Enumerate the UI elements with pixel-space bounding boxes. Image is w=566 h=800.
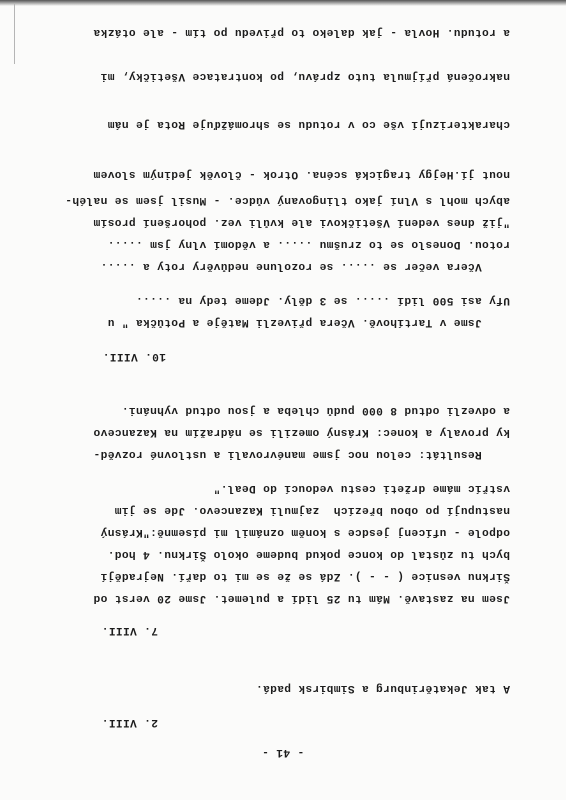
entry-10-viii-line-8: charakterizují vše co v rotudu se shromá…: [107, 118, 510, 130]
entry-7-viii-line-6: vstříc máme držeti cestu vedoucí do Deal…: [213, 482, 510, 494]
entry-7-viii-line-5: nastupují po obou březích zajmuli Kazanc…: [114, 504, 510, 516]
entry-date-2-viii: 2. VIII.: [101, 716, 158, 728]
entry-10-viii-line-4: rotou. Doneslo se to zrušmu ..... a vědo…: [107, 238, 510, 250]
entry-7-viii-result-line-2: ky provaly a konec: Krásný omezili se ná…: [93, 426, 510, 438]
entry-date-7-viii: 7. VIII.: [101, 624, 158, 636]
entry-10-viii-line-1: Jsme v Tartíhově. Včera přivezli Matěje …: [107, 316, 510, 328]
entry-10-viii-line-9: nakročená příjmula tuto zprávu, po kontr…: [100, 70, 510, 82]
scanned-page: - 41 - 2. VIII. A tak Jekatěrinburg a Si…: [0, 0, 566, 800]
entry-7-viii-line-3: bych tu zůstal do konce pokud budeme oko…: [107, 548, 510, 560]
entry-7-viii-result-line-1: Resultát: celou noc jsme manévrovali a u…: [93, 448, 510, 460]
entry-10-viii-line-3: Včera večer se ..... se rozolune nedůvěr…: [100, 260, 510, 272]
entry-2-viii-line: A tak Jekatěrinburg a Simbirsk padá.: [256, 682, 510, 694]
entry-7-viii-line-2: Širknu vesnice ( - - ). Zdá se že se mi …: [100, 570, 510, 582]
entry-date-10-viii: 10. VIII.: [102, 350, 166, 362]
entry-10-viii-line-2: Ufy asi 500 lidí ..... se 3 děly. Jdeme …: [136, 294, 510, 306]
entry-7-viii-result-line-3: a odvezli odtud 8 000 pudů chleba a jsou…: [122, 404, 511, 416]
entry-10-viii-line-10: a rotudu. Hovla - jak daleko to přivedu …: [93, 26, 510, 38]
rotated-typewritten-page: - 41 - 2. VIII. A tak Jekatěrinburg a Si…: [0, 0, 566, 800]
entry-10-viii-line-5: "již dnes vedení Všetičkovi ale kvůli ve…: [93, 216, 510, 228]
entry-10-viii-line-6: abych mohl s Vlní jako tlingovaný vůdce.…: [65, 194, 510, 206]
entry-10-viii-line-7: nout jí.Hejgy tragická scéna. Otrok - čl…: [93, 168, 510, 180]
entry-7-viii-line-4: odpole - ufícenj jesdce s koněm oznámil …: [100, 526, 510, 538]
page-number: - 41 -: [0, 746, 566, 758]
entry-7-viii-line-1: Jsem na zastavě. Mám tu 25 lidí a puleme…: [93, 592, 510, 604]
